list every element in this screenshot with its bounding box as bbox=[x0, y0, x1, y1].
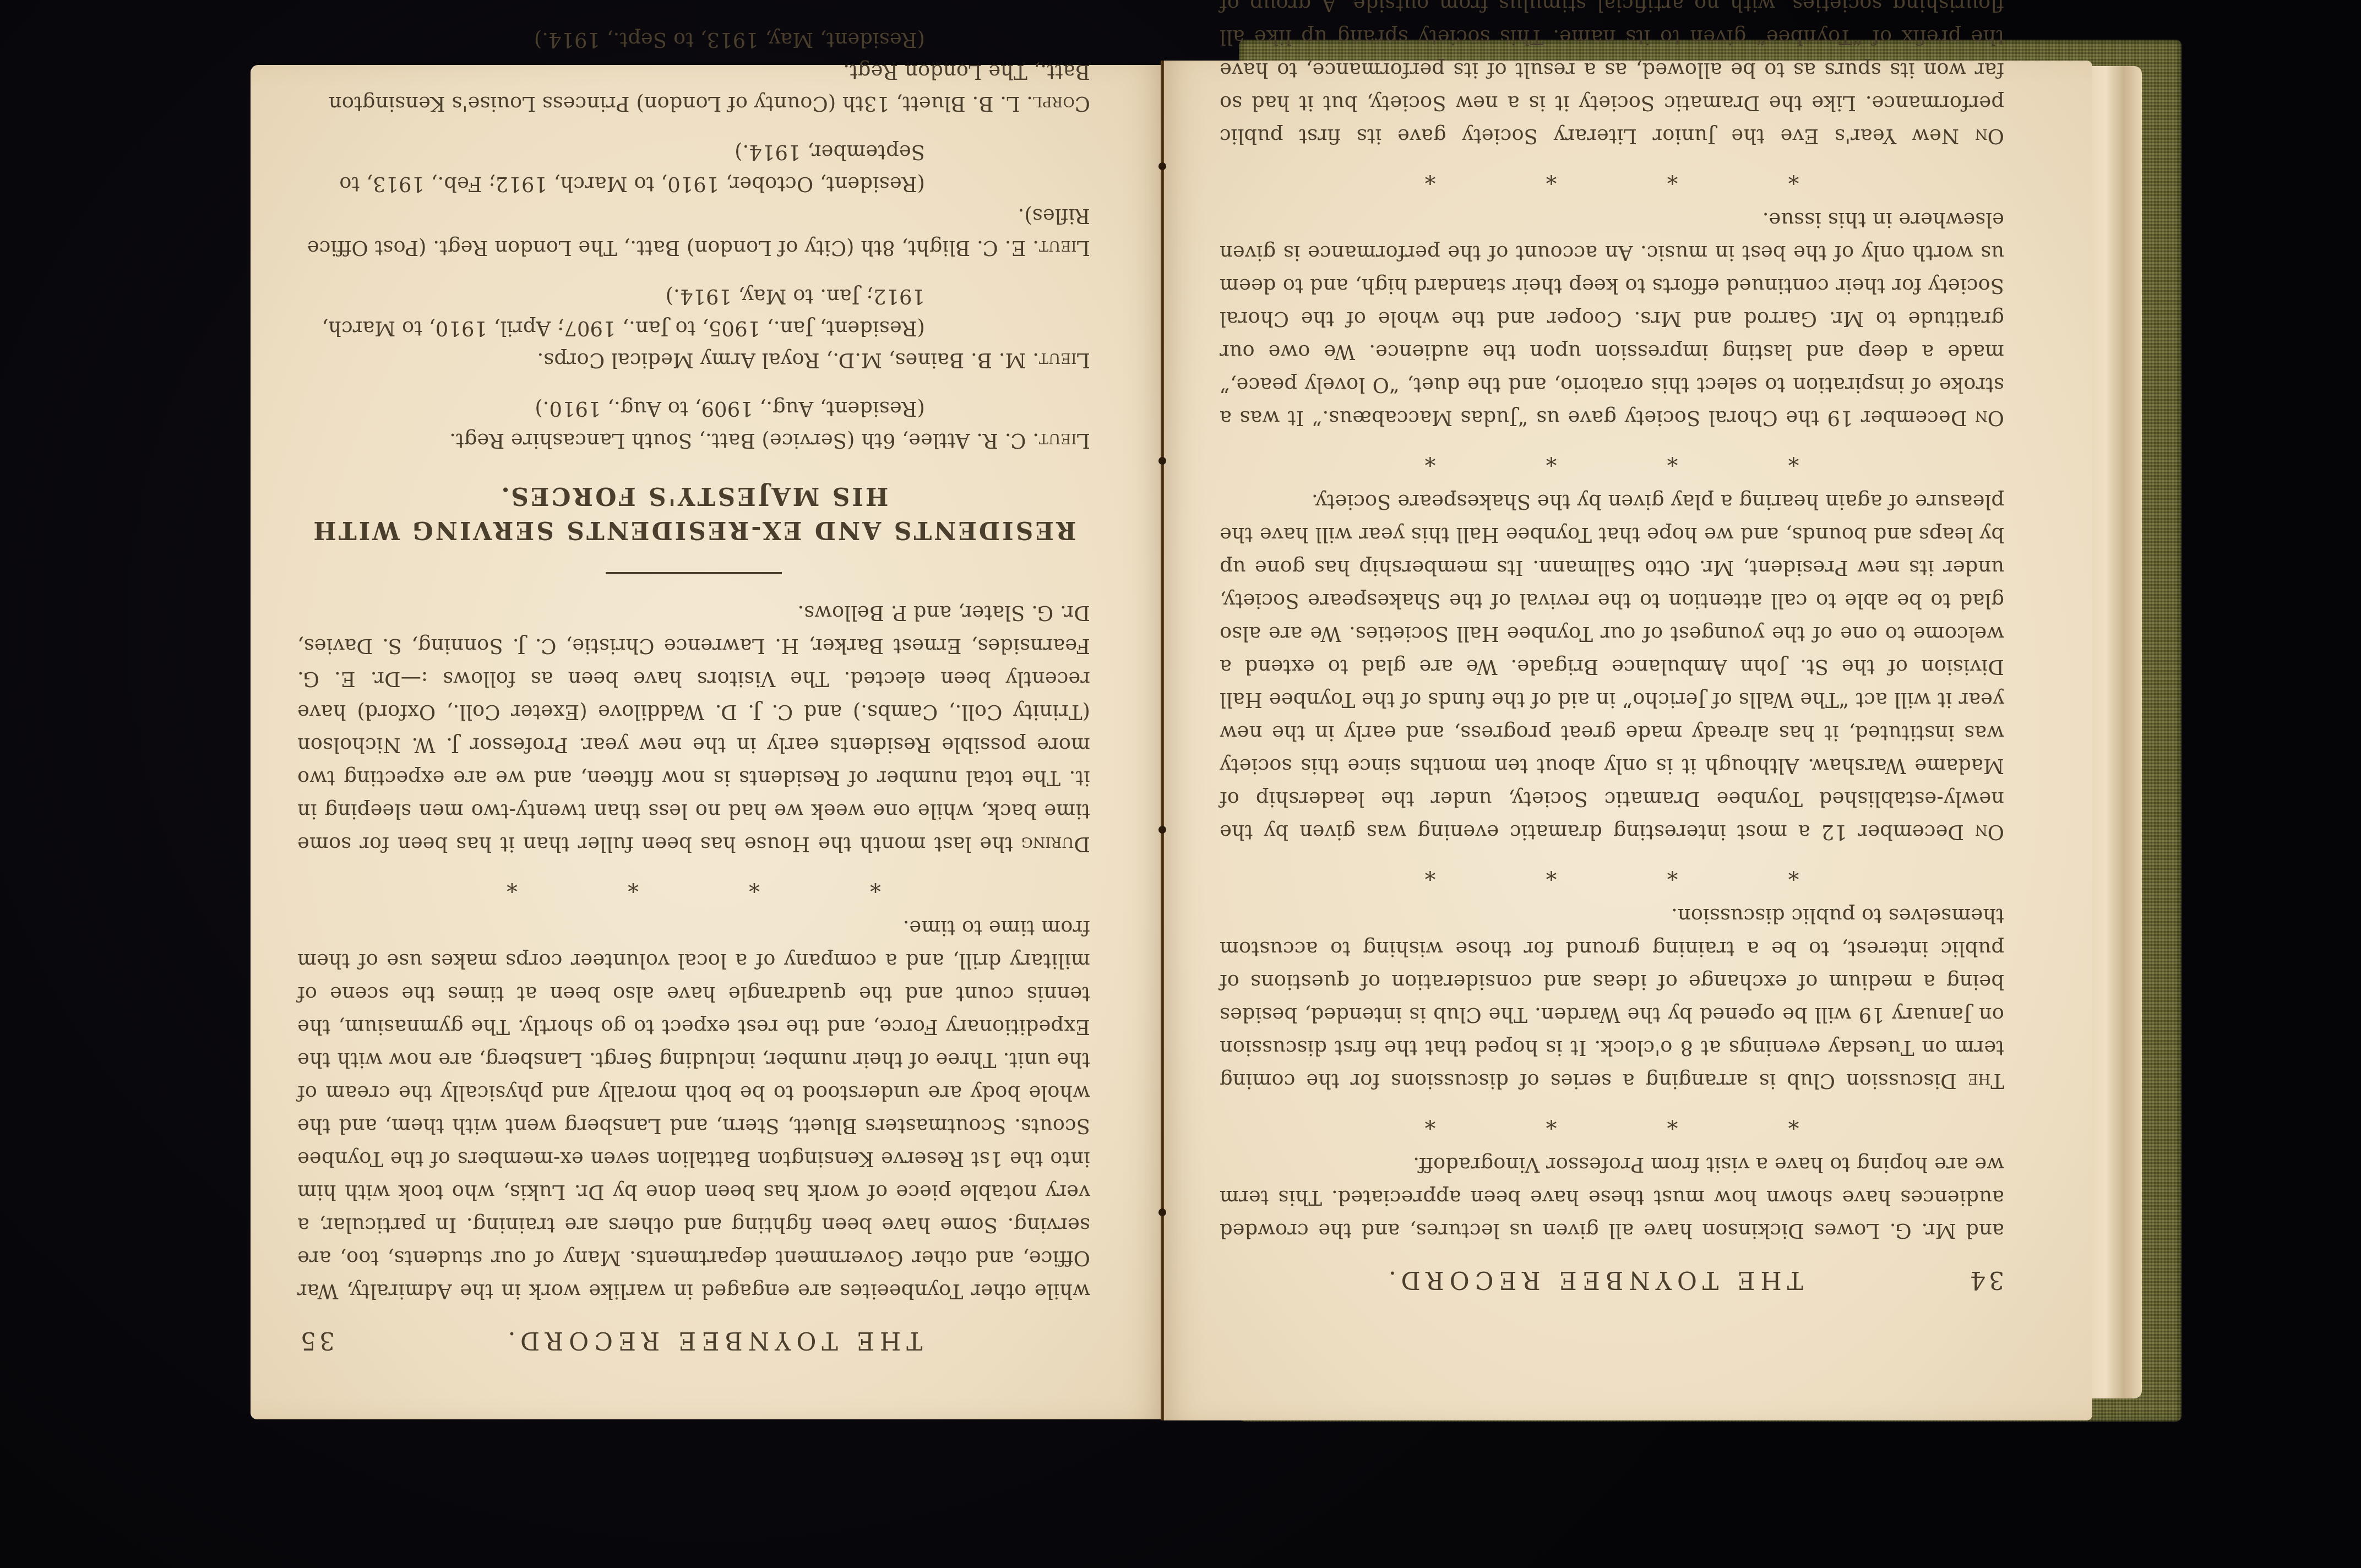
service-entry: Corpl. L. B. Bluett, 13th (County of Lon… bbox=[297, 24, 1090, 119]
paragraph: During the last month the House has been… bbox=[297, 596, 1090, 861]
running-title: THE TOYNBEE RECORD. bbox=[1220, 1266, 1967, 1294]
page-number: 34 bbox=[1967, 1266, 2004, 1294]
paragraph: On New Year's Eve the Junior Literary So… bbox=[1220, 0, 2004, 153]
page-35: THE TOYNBEE RECORD. 35 while other Toynb… bbox=[251, 65, 1165, 1419]
divider-rule bbox=[606, 572, 782, 574]
page-34-content: 34 THE TOYNBEE RECORD. and Mr. G. Lowes … bbox=[1162, 61, 2092, 1420]
section-separator: **** bbox=[1220, 164, 2004, 189]
service-entry: Lieut. E. C. Blight, 8th (City of London… bbox=[297, 136, 1090, 264]
service-entry: Lieut. J. A. Dale, 8th (City of London) … bbox=[297, 0, 1090, 7]
section-separator: **** bbox=[1220, 859, 2004, 885]
binding-stitch bbox=[1158, 457, 1166, 465]
paragraph: while other Toynbeeites are engaged in w… bbox=[297, 911, 1090, 1308]
section-separator: **** bbox=[1220, 1108, 2004, 1134]
service-entry: Lieut. C. R. Attlee, 6th (Service) Batt.… bbox=[297, 393, 1090, 456]
section-title: RESIDENTS AND EX-RESIDENTS SERVING WITH … bbox=[297, 478, 1090, 547]
paragraph: On December 19 the Choral Society gave u… bbox=[1220, 203, 2004, 434]
page-number: 35 bbox=[297, 1326, 335, 1354]
paragraph: and Mr. G. Lowes Dickinson have all give… bbox=[1220, 1148, 2004, 1247]
paragraph: On December 12 a most interesting dramat… bbox=[1220, 485, 2004, 848]
section-separator: **** bbox=[1220, 445, 2004, 471]
binding-stitch bbox=[1158, 162, 1166, 170]
service-entry: Lieut. M. B. Baines, M.D., Royal Army Me… bbox=[297, 280, 1090, 376]
running-head: 34 THE TOYNBEE RECORD. bbox=[1220, 1266, 2004, 1294]
page-34: 34 THE TOYNBEE RECORD. and Mr. G. Lowes … bbox=[1162, 61, 2092, 1420]
page-35-content: THE TOYNBEE RECORD. 35 while other Toynb… bbox=[251, 65, 1165, 1419]
binding-stitch bbox=[1158, 1208, 1166, 1216]
binding-stitch bbox=[1158, 826, 1166, 834]
book-gutter bbox=[1161, 61, 1164, 1420]
running-title: THE TOYNBEE RECORD. bbox=[335, 1326, 1090, 1354]
paragraph: The Discussion Club is arranging a serie… bbox=[1220, 899, 2004, 1097]
running-head: THE TOYNBEE RECORD. 35 bbox=[297, 1326, 1090, 1354]
section-separator: **** bbox=[297, 872, 1090, 897]
